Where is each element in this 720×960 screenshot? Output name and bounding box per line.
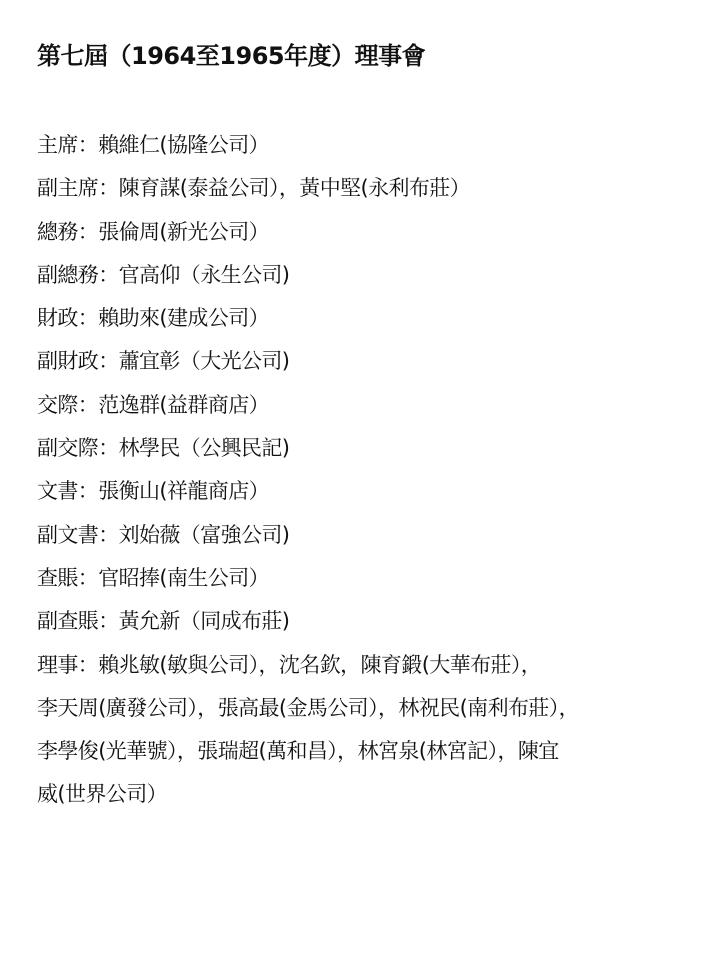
line-directors-cont-2: 李學俊(光華號），張瑞超(萬和昌），林宮泉(林宮記），陳宜 — [37, 730, 707, 773]
line-auditor: 查賬：官昭捧(南生公司） — [37, 557, 707, 600]
line-social-affairs: 交際：范逸群(益群商店） — [37, 384, 707, 427]
line-vice-chairman: 副主席：陳育謀(泰益公司），黃中堅(永利布莊） — [37, 167, 707, 210]
line-directors-cont-1: 李天周(廣發公司），張高最(金馬公司），林祝民(南利布莊）， — [37, 687, 707, 730]
document-title: 第七屆（1964至1965年度）理事會 — [37, 36, 425, 76]
line-vice-social-affairs: 副交際：林學民（公興民記) — [37, 427, 707, 470]
line-vice-secretary: 副文書：刘始薇（富強公司) — [37, 514, 707, 557]
line-general-affairs: 總務：張倫周(新光公司） — [37, 211, 707, 254]
line-directors: 理事：賴兆敏(敏與公司），沈名欽，陳育鍛(大華布莊）， — [37, 644, 707, 687]
line-vice-general-affairs: 副總務：官高仰（永生公司) — [37, 254, 707, 297]
line-secretary: 文書：張衡山(祥龍商店） — [37, 470, 707, 513]
line-vice-treasurer: 副財政：蕭宜彰（大光公司) — [37, 340, 707, 383]
council-member-list: 主席：賴維仁(協隆公司） 副主席：陳育謀(泰益公司），黃中堅(永利布莊） 總務：… — [37, 124, 707, 817]
line-vice-auditor: 副查賬：黃允新（同成布莊) — [37, 600, 707, 643]
line-chairman: 主席：賴維仁(協隆公司） — [37, 124, 707, 167]
line-directors-cont-3: 威(世界公司） — [37, 773, 707, 816]
line-treasurer: 財政：賴助來(建成公司） — [37, 297, 707, 340]
